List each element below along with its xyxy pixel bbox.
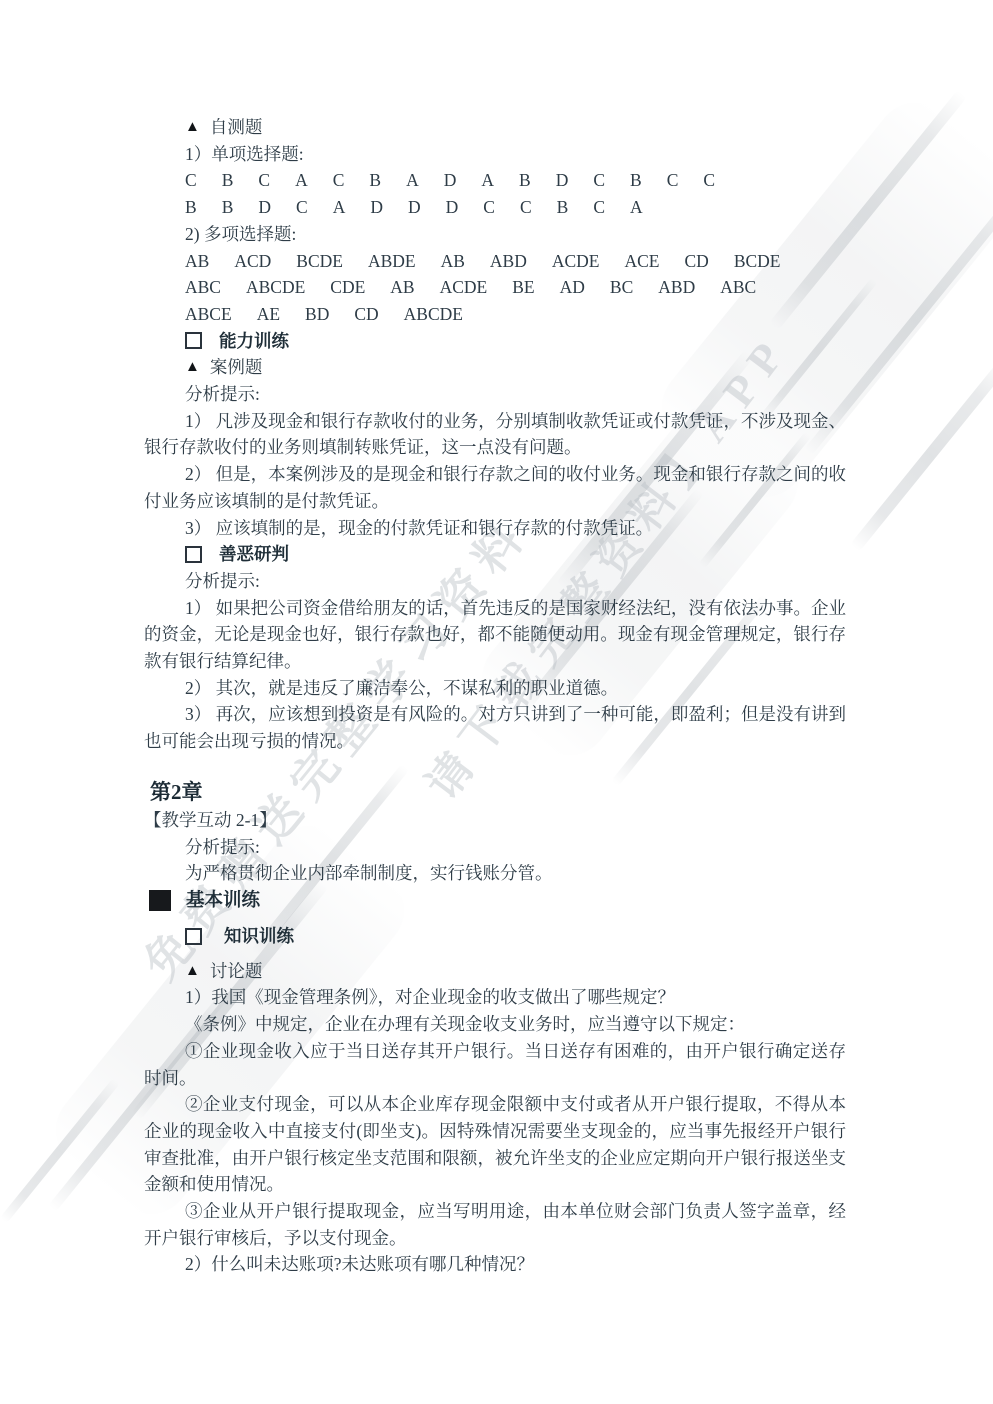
answer-value: C bbox=[520, 194, 532, 221]
square-outline-icon bbox=[185, 546, 202, 563]
answer-value: A bbox=[333, 194, 346, 221]
square-outline-icon bbox=[185, 332, 202, 349]
single-answers-row: CBCACBADABDCBCC bbox=[185, 167, 846, 194]
judgement-title: 善恶研判 bbox=[219, 541, 289, 568]
triangle-icon: ▲ bbox=[185, 964, 200, 979]
interaction-title: 【教学互动 2-1】 bbox=[144, 807, 846, 834]
answer-value: CD bbox=[354, 301, 378, 328]
judgement-point: 1） 如果把公司资金借给朋友的话，首先违反的是国家财经法纪，没有依法办事。企业的… bbox=[144, 595, 846, 675]
chapter-title: 第2章 bbox=[150, 777, 846, 807]
answer-value: BC bbox=[610, 274, 633, 301]
interaction-hint-text: 为严格贯彻企业内部牵制制度，实行钱账分管。 bbox=[144, 860, 846, 887]
watermark-streak bbox=[850, 358, 993, 552]
square-filled-icon bbox=[149, 890, 171, 911]
discussion-heading: ▲ 讨论题 bbox=[185, 958, 846, 985]
answer-value: ABD bbox=[658, 274, 695, 301]
self-test-title: 自测题 bbox=[210, 114, 263, 141]
answer-value: A bbox=[406, 167, 419, 194]
regulation-point: ②企业支付现金，可以从本企业库存现金限额中支付或者从开户银行提取，不得从本企业的… bbox=[144, 1091, 846, 1198]
answer-value: D bbox=[446, 194, 459, 221]
discussion-question: 2）什么叫未达账项?未达账项有哪几种情况？ bbox=[144, 1251, 846, 1278]
case-point: 3） 应该填制的是，现金的付款凭证和银行存款的付款凭证。 bbox=[144, 515, 846, 542]
watermark-streak bbox=[0, 1078, 120, 1224]
answer-value: B bbox=[630, 167, 642, 194]
answer-value: C bbox=[333, 167, 345, 194]
answer-value: A bbox=[630, 194, 643, 221]
answer-value: B bbox=[222, 194, 234, 221]
answer-value: AD bbox=[560, 274, 585, 301]
answer-value: ACE bbox=[625, 248, 660, 275]
regulation-point: ③企业从开户银行提取现金，应当写明用途，由本单位财会部门负责人签字盖章，经开户银… bbox=[144, 1198, 846, 1251]
answer-value: AB bbox=[441, 248, 465, 275]
case-heading: ▲ 案例题 bbox=[185, 354, 846, 381]
judgement-heading: 善恶研判 bbox=[185, 541, 846, 568]
answer-value: BCDE bbox=[296, 248, 343, 275]
answer-value: B bbox=[369, 167, 381, 194]
answer-value: ABC bbox=[720, 274, 756, 301]
multi-answers-row: ABACDBCDEABDEABABDACDEACECDBCDE bbox=[185, 248, 846, 275]
answer-value: ACDE bbox=[552, 248, 600, 275]
answer-value: AB bbox=[390, 274, 414, 301]
document-page: 免费赠送完整学习资料 请下载完整资料】APP ▲ 自测题 1）单项选择题: CB… bbox=[0, 0, 993, 1404]
answer-value: CD bbox=[685, 248, 709, 275]
answer-value: ACD bbox=[234, 248, 271, 275]
answer-value: C bbox=[593, 167, 605, 194]
judgement-point: 3） 再次，应该想到投资是有风险的。对方只讲到了一种可能，即盈利；但是没有讲到也… bbox=[144, 701, 846, 754]
ability-training-heading: 能力训练 bbox=[185, 328, 846, 355]
triangle-icon: ▲ bbox=[185, 120, 200, 135]
judgement-point: 2） 其次，就是违反了廉洁奉公，不谋私利的职业道德。 bbox=[144, 675, 846, 702]
answer-value: D bbox=[258, 194, 271, 221]
answer-value: C bbox=[296, 194, 308, 221]
answer-value: A bbox=[295, 167, 308, 194]
answer-value: C bbox=[667, 167, 679, 194]
answer-value: ABC bbox=[185, 274, 221, 301]
answer-value: BCDE bbox=[734, 248, 781, 275]
answer-value: B bbox=[185, 194, 197, 221]
regulation-intro: 《条例》中规定，企业在办理有关现金收支业务时，应当遵守以下规定： bbox=[144, 1011, 846, 1038]
knowledge-training-heading: 知识训练 bbox=[185, 923, 846, 950]
hint-label: 分析提示: bbox=[144, 381, 846, 408]
self-test-heading: ▲ 自测题 bbox=[185, 114, 846, 141]
answer-value: C bbox=[185, 167, 197, 194]
answer-value: C bbox=[258, 167, 270, 194]
answer-value: C bbox=[593, 194, 605, 221]
answer-value: B bbox=[519, 167, 531, 194]
single-choice-label: 1）单项选择题: bbox=[144, 141, 846, 168]
answer-value: ABCE bbox=[185, 301, 232, 328]
discussion-question: 1）我国《现金管理条例》，对企业现金的收支做出了哪些规定？ bbox=[144, 984, 846, 1011]
answer-value: A bbox=[481, 167, 494, 194]
multi-choice-label: 2) 多项选择题: bbox=[144, 221, 846, 248]
answer-value: C bbox=[703, 167, 715, 194]
knowledge-training-title: 知识训练 bbox=[224, 923, 294, 950]
regulation-point: ①企业现金收入应于当日送存其开户银行。当日送存有困难的，由开户银行确定送存时间。 bbox=[144, 1038, 846, 1091]
single-answers-row: BBDCADDDCCBCA bbox=[185, 194, 846, 221]
answer-value: B bbox=[222, 167, 234, 194]
answer-value: B bbox=[557, 194, 569, 221]
case-title: 案例题 bbox=[210, 354, 263, 381]
multi-answers-row: ABCABCDECDEABACDEBEADBCABDABC bbox=[185, 274, 846, 301]
answer-value: ABCDE bbox=[246, 274, 305, 301]
case-point: 1） 凡涉及现金和银行存款收付的业务，分别填制收款凭证或付款凭证，不涉及现金、银… bbox=[144, 408, 846, 461]
document-content: ▲ 自测题 1）单项选择题: CBCACBADABDCBCC BBDCADDDC… bbox=[144, 0, 846, 1278]
square-outline-icon bbox=[185, 928, 202, 945]
answer-value: AB bbox=[185, 248, 209, 275]
answer-value: BE bbox=[512, 274, 534, 301]
answer-value: D bbox=[556, 167, 569, 194]
multi-answers-row: ABCEAEBDCDABCDE bbox=[185, 301, 846, 328]
answer-value: ACDE bbox=[440, 274, 488, 301]
answer-value: D bbox=[444, 167, 457, 194]
hint-label: 分析提示: bbox=[144, 568, 846, 595]
discussion-title: 讨论题 bbox=[210, 958, 263, 985]
answer-value: AE bbox=[257, 301, 280, 328]
answer-value: D bbox=[408, 194, 421, 221]
answer-value: ABCDE bbox=[404, 301, 463, 328]
basic-training-heading: 基本训练 bbox=[149, 887, 846, 915]
answer-value: CDE bbox=[330, 274, 365, 301]
answer-value: ABDE bbox=[368, 248, 416, 275]
answer-value: BD bbox=[305, 301, 329, 328]
triangle-icon: ▲ bbox=[185, 360, 200, 375]
case-point: 2） 但是，本案例涉及的是现金和银行存款之间的收付业务。现金和银行存款之间的收付… bbox=[144, 461, 846, 514]
answer-value: ABD bbox=[490, 248, 527, 275]
answer-value: D bbox=[370, 194, 383, 221]
ability-training-title: 能力训练 bbox=[219, 328, 289, 355]
answer-value: C bbox=[483, 194, 495, 221]
basic-training-title: 基本训练 bbox=[186, 887, 260, 915]
hint-label: 分析提示: bbox=[144, 834, 846, 861]
